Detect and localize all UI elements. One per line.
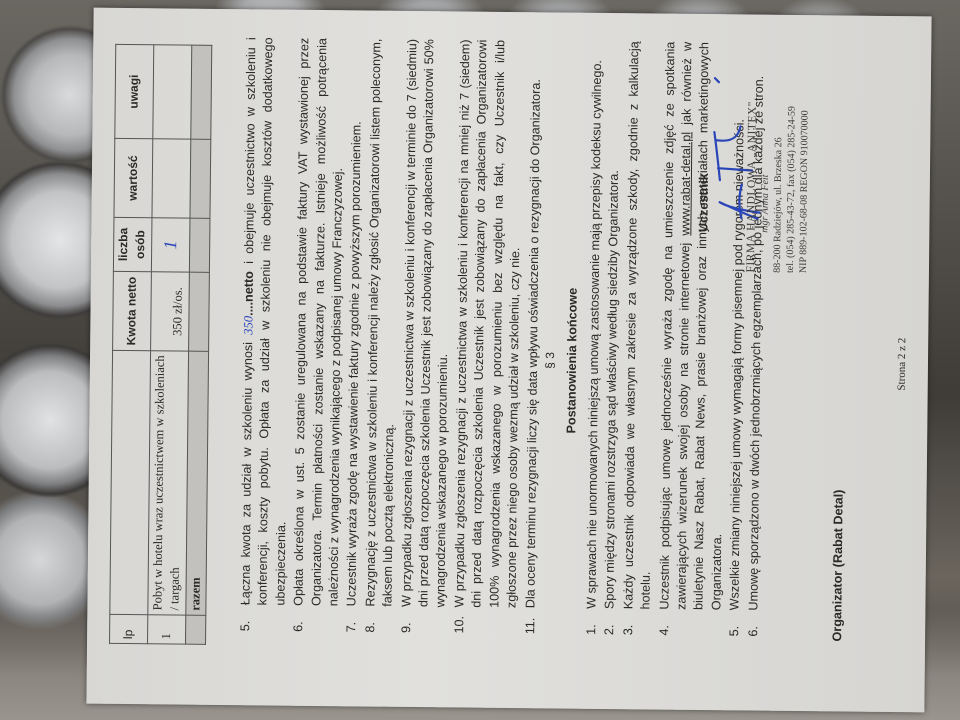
header-kwota: Kwota netto [113, 271, 152, 350]
row-kwota: 350 zł/os. [150, 272, 189, 351]
document-page: lp Kwota netto liczba osób wartość uwagi… [90, 16, 927, 705]
list-item: 3.Każdy uczestnik odpowiada we własnym z… [620, 41, 661, 631]
header-wartosc: wartość [114, 138, 153, 217]
table-row: 1 Pobyt w hotelu wraz uczestnictwem w sz… [147, 45, 191, 644]
row-desc: Pobyt w hotelu wraz uczestnictwem w szko… [148, 351, 189, 615]
header-liczba: liczba osób [113, 217, 151, 271]
list-item: 5. Łączna kwota za udział w szkoleniu wy… [237, 37, 295, 628]
organizer-label: Organizator (Rabat Detal) [829, 490, 848, 642]
row-uwagi [153, 45, 192, 139]
handwritten-amount: 350 [241, 316, 255, 335]
header-desc [110, 350, 151, 614]
total-label: razem [185, 351, 208, 615]
header-uwagi: uwagi [115, 44, 154, 138]
list-item: 10.W przypadku zgłoszenia rezygnacji z u… [451, 39, 527, 630]
row-liczba: 1 [151, 218, 189, 272]
list-item: 6.Opłata określona w ust. 5 zostanie ure… [290, 38, 348, 629]
document-paper: lp Kwota netto liczba osób wartość uwagi… [86, 8, 931, 713]
section-title: Postanowienia końcowe [560, 21, 585, 701]
company-stamp: FIRMA HANDLOWA „ANITEX" mgr Anna Feit 88… [745, 101, 812, 273]
list-item: 9.W przypadku zgłoszenia rezygnacji z uc… [398, 39, 456, 630]
row-wartosc [152, 139, 191, 218]
website-link[interactable]: www.rabat-detal.pl [678, 132, 693, 236]
terms-list-section2: 5. Łączna kwota za udział w szkoleniu wy… [237, 37, 546, 630]
row-lp: 1 [147, 615, 185, 644]
header-lp: lp [110, 614, 148, 643]
page-number: Strona 2 z 2 [890, 24, 915, 704]
price-table: lp Kwota netto liczba osób wartość uwagi… [109, 44, 212, 645]
list-item: 8.Rezygnację z uczestnictwa w szkoleniu … [362, 39, 403, 629]
